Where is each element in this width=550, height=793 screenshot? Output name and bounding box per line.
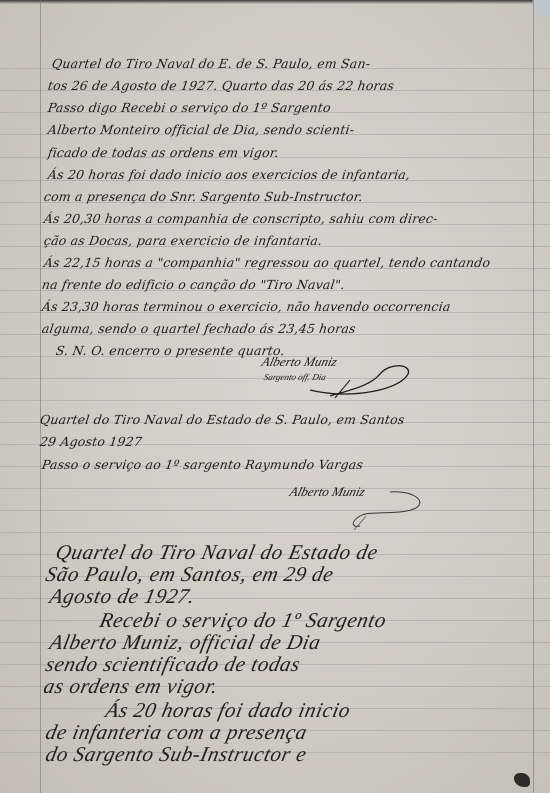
entry-line: Agosto de 1927.	[47, 584, 197, 609]
entry-line: 29 Agosto 1927	[39, 434, 143, 449]
entry-line: Ás 22,15 horas a "companhia" regressou a…	[43, 255, 491, 270]
ruled-line	[0, 488, 550, 489]
entry-line: Quartel do Tiro Naval do E. de S. Paulo,…	[51, 56, 371, 71]
signature-flourish-icon	[330, 486, 440, 532]
entry-line: Passo digo Recebi o serviço do 1º Sargen…	[47, 100, 332, 115]
ruled-line	[0, 510, 550, 511]
page-top-edge-shadow	[0, 0, 550, 4]
entry-line: S. N. O. encerro o presente quarto.	[55, 343, 286, 358]
entry-line: as ordens em vigor.	[41, 674, 220, 699]
signature-flourish-icon	[290, 360, 420, 400]
entry-line: Passo o serviço ao 1º sargento Raymundo …	[41, 457, 364, 472]
entry-line: Alberto Monteiro official de Dia, sendo …	[47, 122, 355, 137]
ruled-line	[0, 400, 550, 401]
entry-line: com a presença do Snr. Sargento Sub-Inst…	[43, 189, 364, 204]
entry-line: na frente do edificio o canção do "Tiro …	[41, 277, 346, 292]
entry-line: ção as Docas, para exercicio de infantar…	[43, 233, 323, 248]
entry-line: Quartel do Tiro Naval do Estado de S. Pa…	[39, 412, 406, 427]
entry-line: Ás 23,30 horas terminou o exercicio, não…	[41, 299, 452, 314]
ledger-page: Quartel do Tiro Naval do E. de S. Paulo,…	[0, 0, 550, 793]
left-margin-line	[40, 0, 41, 793]
right-margin-line	[533, 0, 534, 793]
entry-line: Ás 20 horas foi dado inicio aos exercici…	[47, 167, 411, 182]
entry-line: do Sargento Sub-Instructor e	[43, 742, 309, 767]
ruled-line	[0, 532, 550, 533]
entry-line: alguma, sendo o quartel fechado ás 23,45…	[41, 321, 357, 336]
ink-blot	[514, 773, 530, 787]
entry-line: ficado de todas as ordens em vigor.	[47, 145, 280, 160]
entry-line: Ás 20,30 horas a companhia de conscripto…	[43, 211, 439, 226]
entry-line: tos 26 de Agosto de 1927. Quarto das 20 …	[47, 78, 395, 93]
